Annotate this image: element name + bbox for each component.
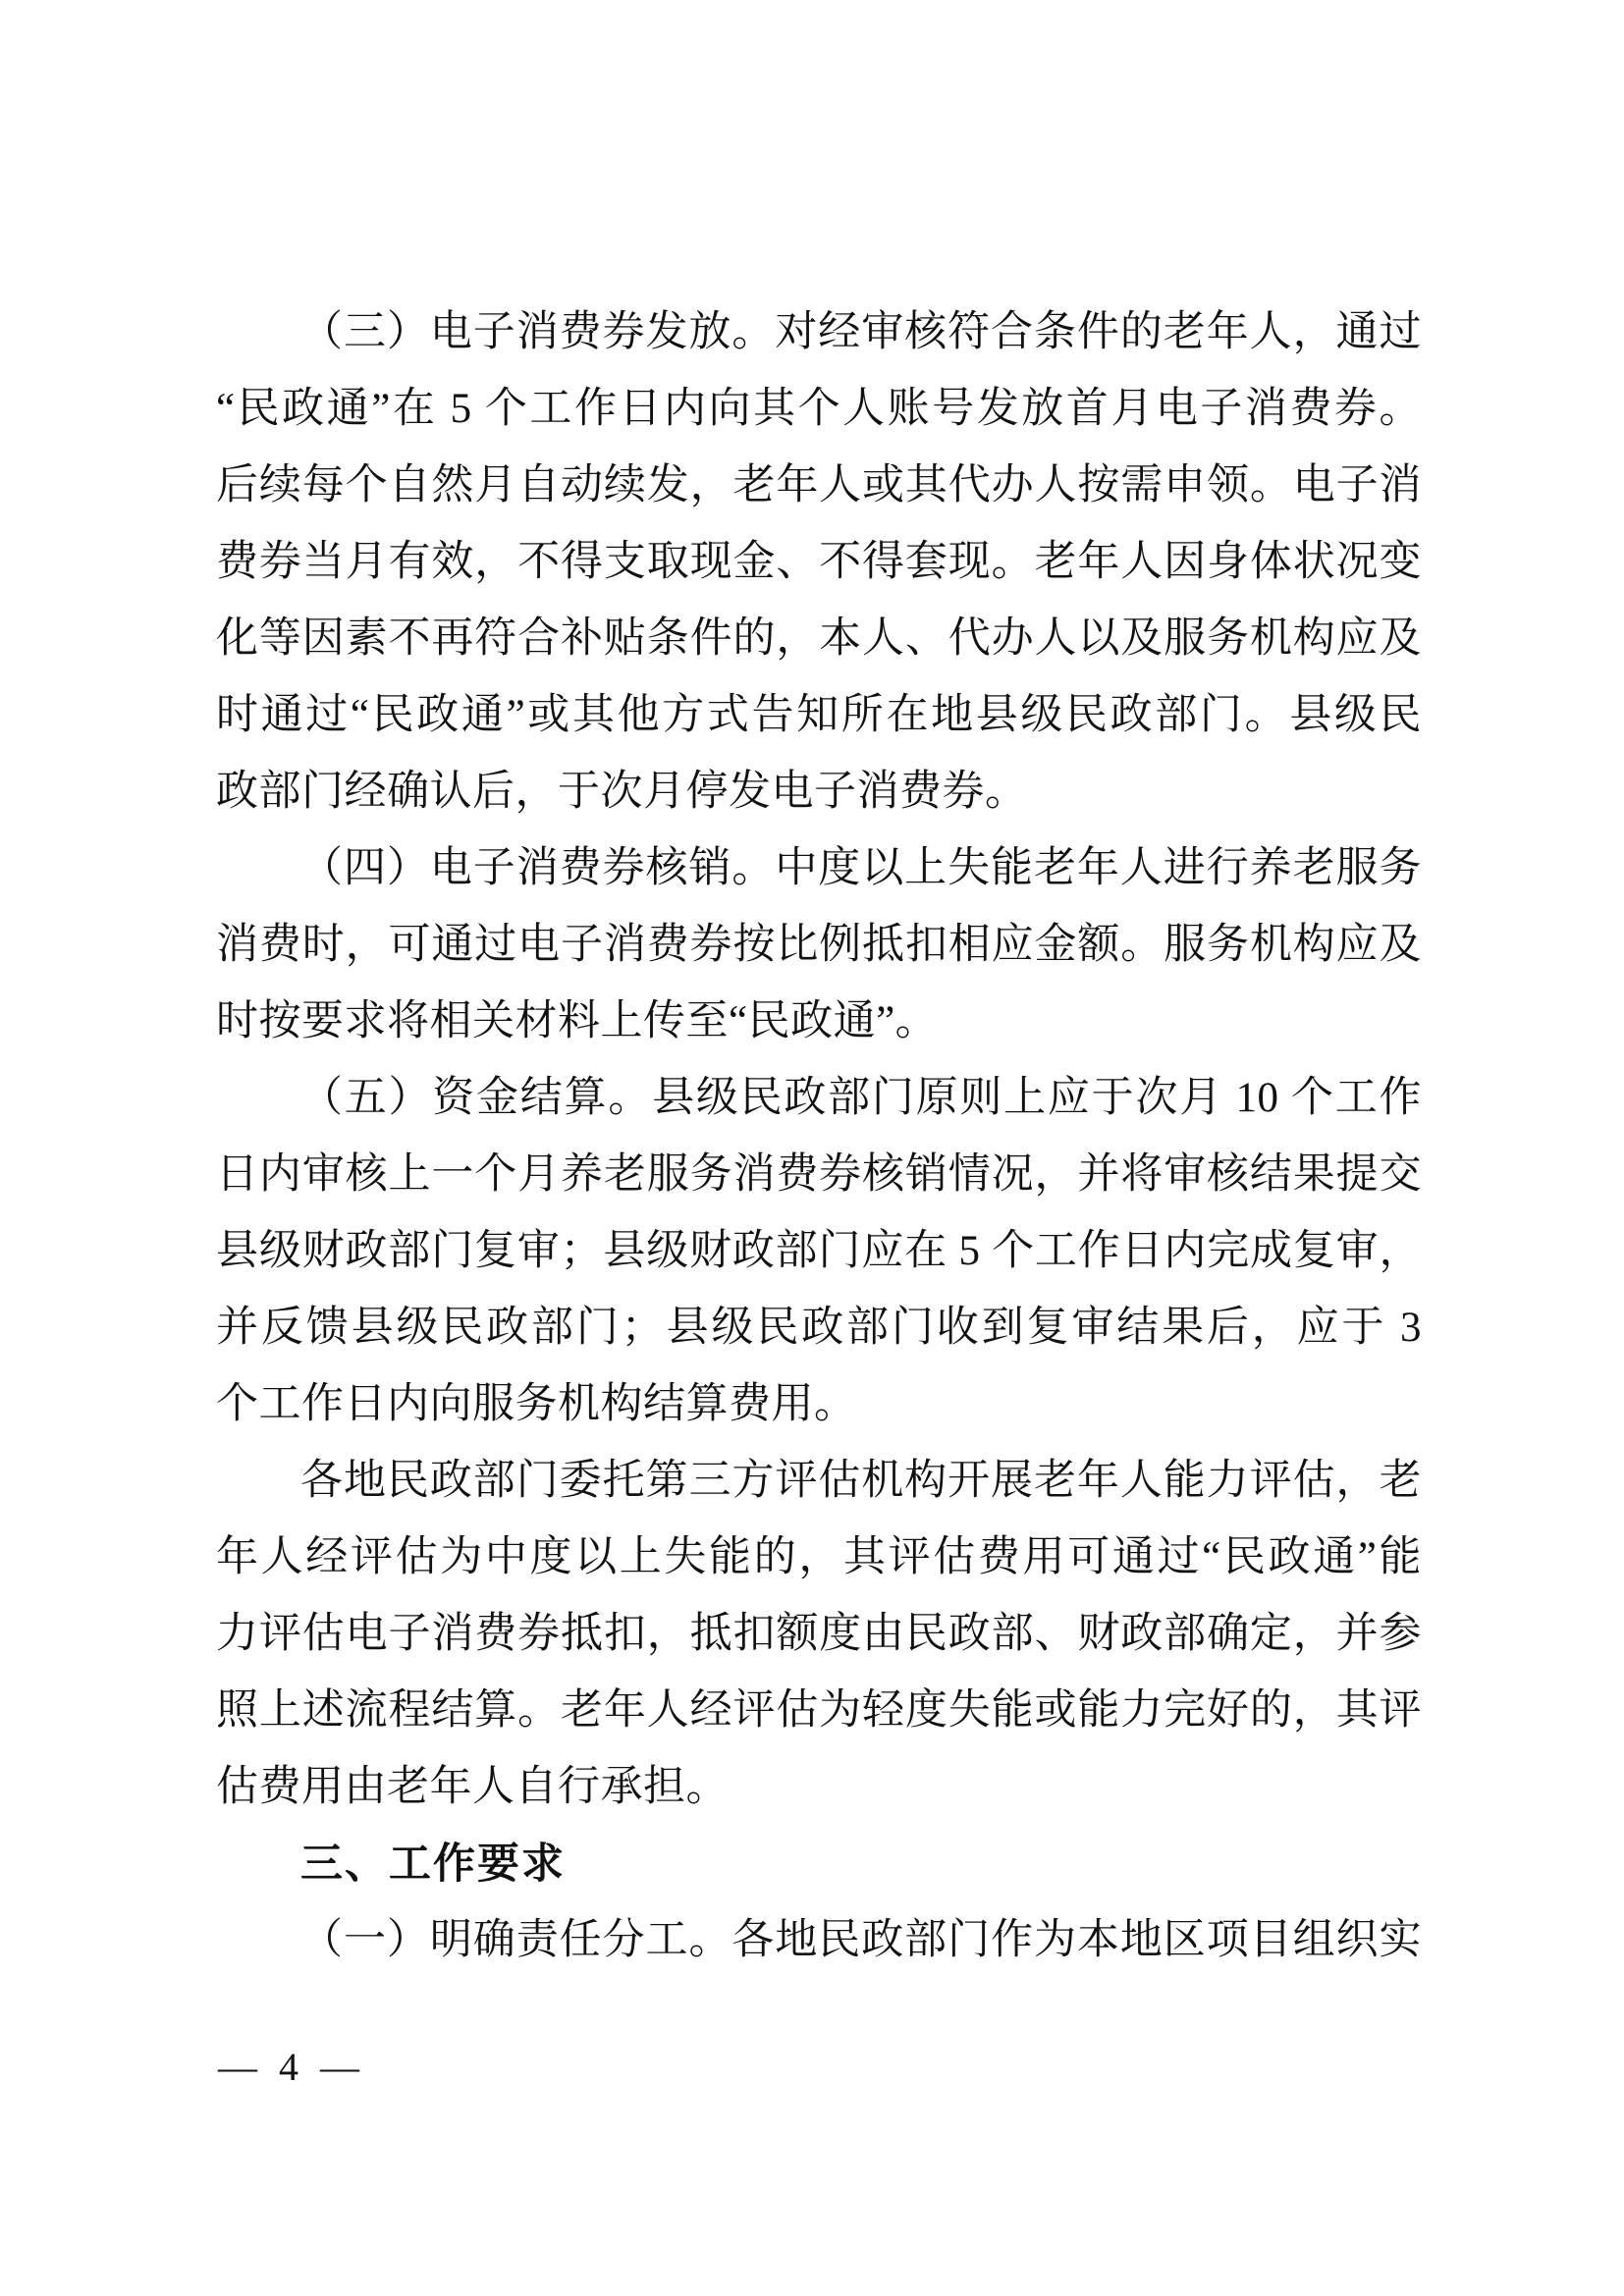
- text-line: 力评估电子消费券抵扣，抵扣额度由民政部、财政部确定，并参: [216, 1596, 1422, 1673]
- text-line: “民政通”在 5 个工作日内向其个人账号发放首月电子消费券。: [216, 371, 1422, 448]
- text-line: 消费时，可通过电子消费券按比例抵扣相应金额。服务机构应及: [216, 907, 1422, 984]
- text-line: 照上述流程结算。老年人经评估为轻度失能或能力完好的，其评: [216, 1673, 1422, 1749]
- text-line: 估费用由老年人自行承担。: [216, 1749, 1422, 1826]
- text-line: （一）明确责任分工。各地民政部门作为本地区项目组织实: [216, 1902, 1422, 1979]
- text-line: 年人经评估为中度以上失能的，其评估费用可通过“民政通”能: [216, 1520, 1422, 1596]
- text-line: 费券当月有效，不得支取现金、不得套现。老年人因身体状况变: [216, 524, 1422, 601]
- document-page: （三）电子消费券发放。对经审核符合条件的老年人，通过“民政通”在 5 个工作日内…: [0, 0, 1624, 2296]
- text-line: 日内审核上一个月养老服务消费券核销情况，并将审核结果提交: [216, 1137, 1422, 1213]
- section-heading: 三、工作要求: [216, 1826, 1422, 1902]
- document-body: （三）电子消费券发放。对经审核符合条件的老年人，通过“民政通”在 5 个工作日内…: [216, 294, 1422, 1979]
- text-line: （五）资金结算。县级民政部门原则上应于次月 10 个工作: [216, 1060, 1422, 1137]
- text-line: 时通过“民政通”或其他方式告知所在地县级民政部门。县级民: [216, 677, 1422, 754]
- text-line: （三）电子消费券发放。对经审核符合条件的老年人，通过: [216, 294, 1422, 371]
- text-line: 各地民政部门委托第三方评估机构开展老年人能力评估，老: [216, 1443, 1422, 1520]
- text-line: 后续每个自然月自动续发，老年人或其代办人按需申领。电子消: [216, 448, 1422, 524]
- text-line: 个工作日内向服务机构结算费用。: [216, 1366, 1422, 1443]
- text-line: 化等因素不再符合补贴条件的，本人、代办人以及服务机构应及: [216, 601, 1422, 677]
- text-line: 时按要求将相关材料上传至“民政通”。: [216, 984, 1422, 1060]
- page-number: — 4 —: [218, 2044, 365, 2091]
- text-line: （四）电子消费券核销。中度以上失能老年人进行养老服务: [216, 830, 1422, 907]
- text-line: 并反馈县级民政部门；县级民政部门收到复审结果后，应于 3: [216, 1290, 1422, 1366]
- text-line: 政部门经确认后，于次月停发电子消费券。: [216, 754, 1422, 830]
- text-line: 县级财政部门复审；县级财政部门应在 5 个工作日内完成复审，: [216, 1213, 1422, 1290]
